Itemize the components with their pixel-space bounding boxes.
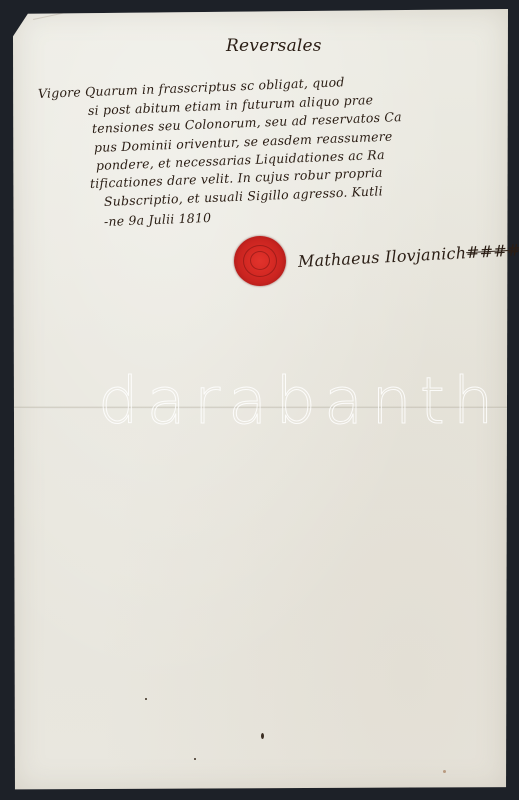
signature-flourish: ##### [466,240,519,263]
ink-speck [194,758,196,760]
document-title: Reversales [226,36,322,56]
ink-speck [145,698,147,700]
stain-speck [443,770,446,773]
ink-speck [261,733,264,739]
watermark: darabanth [98,365,501,439]
wax-seal [234,236,286,286]
seal-ring-inner [250,251,270,270]
